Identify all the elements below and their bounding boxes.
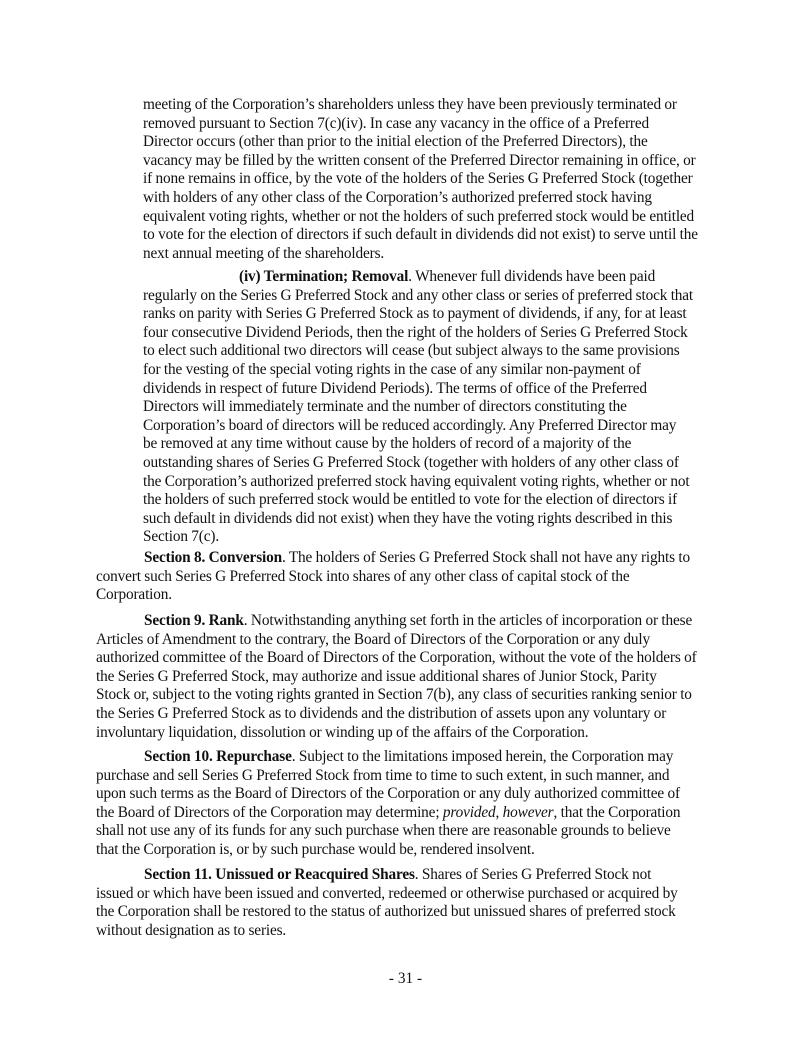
text-line: Corporation. (96, 586, 726, 605)
text-line: equivalent voting rights, whether or not… (143, 208, 743, 227)
text-line: that the Corporation is, or by such purc… (96, 841, 726, 860)
text-line: ranks on parity with Series G Preferred … (143, 305, 743, 324)
text-line: Articles of Amendment to the contrary, t… (96, 631, 726, 650)
text-line: convert such Series G Preferred Stock in… (96, 568, 726, 587)
text-line: dividends in respect of future Dividend … (143, 380, 743, 399)
section-heading: Section 10. Repurchase (144, 748, 292, 765)
paragraph-section-9-rank: Section 9. Rank. Notwithstanding anythin… (96, 612, 726, 742)
text-line: next annual meeting of the shareholders. (143, 245, 743, 264)
text-line: Stock or, subject to the voting rights g… (96, 686, 726, 705)
text-line: Section 10. Repurchase. Subject to the l… (96, 748, 726, 767)
text-line: purchase and sell Series G Preferred Sto… (96, 767, 726, 786)
section-heading: Section 9. Rank (144, 612, 244, 629)
paragraph-termination-removal: (iv) Termination; Removal. Whenever full… (143, 268, 743, 547)
text-line: Section 11. Unissued or Reacquired Share… (96, 866, 726, 885)
text-line: such default in dividends did not exist)… (143, 510, 743, 529)
section-heading: Section 8. Conversion (144, 549, 282, 566)
subsection-heading: (iv) Termination; Removal (239, 268, 408, 285)
text-line: Directors will immediately terminate and… (143, 398, 743, 417)
text-line: the Series G Preferred Stock, may author… (96, 668, 726, 687)
paragraph-section-10-repurchase: Section 10. Repurchase. Subject to the l… (96, 748, 726, 860)
text-line: Section 8. Conversion. The holders of Se… (96, 549, 726, 568)
text-line: Section 7(c). (143, 528, 743, 547)
text-line: to elect such additional two directors w… (143, 342, 743, 361)
text-line: issued or which have been issued and con… (96, 885, 726, 904)
document-page: meeting of the Corporation’s shareholder… (0, 0, 811, 1050)
text-line: Section 9. Rank. Notwithstanding anythin… (96, 612, 726, 631)
text-line: the Corporation’s authorized preferred s… (143, 473, 743, 492)
text-line: removed pursuant to Section 7(c)(iv). In… (143, 115, 743, 134)
text-line: the Corporation shall be restored to the… (96, 903, 726, 922)
text-line: Director occurs (other than prior to the… (143, 133, 743, 152)
text-line: regularly on the Series G Preferred Stoc… (143, 287, 743, 306)
emphasis-provided: provided (443, 804, 496, 821)
text-line: to vote for the election of directors if… (143, 226, 743, 245)
text-line: (iv) Termination; Removal. Whenever full… (143, 268, 743, 287)
emphasis-however: however (503, 804, 554, 821)
text-line: the Series G Preferred Stock as to divid… (96, 705, 726, 724)
text-line: for the vesting of the special voting ri… (143, 361, 743, 380)
text-line: if none remains in office, by the vote o… (143, 170, 743, 189)
text-line: upon such terms as the Board of Director… (96, 785, 726, 804)
text-line: without designation as to series. (96, 922, 726, 941)
text-line: with holders of any other class of the C… (143, 189, 743, 208)
page-number: - 31 - (0, 970, 811, 988)
text-line: authorized committee of the Board of Dir… (96, 649, 726, 668)
text-line: meeting of the Corporation’s shareholder… (143, 96, 743, 115)
paragraph-vacancy-continuation: meeting of the Corporation’s shareholder… (143, 96, 743, 263)
text-line: Corporation’s board of directors will be… (143, 417, 743, 436)
text-line: the Board of Directors of the Corporatio… (96, 804, 726, 823)
text-line: outstanding shares of Series G Preferred… (143, 454, 743, 473)
text-line: involuntary liquidation, dissolution or … (96, 724, 726, 743)
section-heading: Section 11. Unissued or Reacquired Share… (144, 866, 415, 883)
paragraph-section-8-conversion: Section 8. Conversion. The holders of Se… (96, 549, 726, 605)
text-line: vacancy may be filled by the written con… (143, 152, 743, 171)
text-line: four consecutive Dividend Periods, then … (143, 324, 743, 343)
text-line: the holders of such preferred stock woul… (143, 491, 743, 510)
text-line: be removed at any time without cause by … (143, 435, 743, 454)
paragraph-section-11-unissued-shares: Section 11. Unissued or Reacquired Share… (96, 866, 726, 940)
text-line: shall not use any of its funds for any s… (96, 822, 726, 841)
